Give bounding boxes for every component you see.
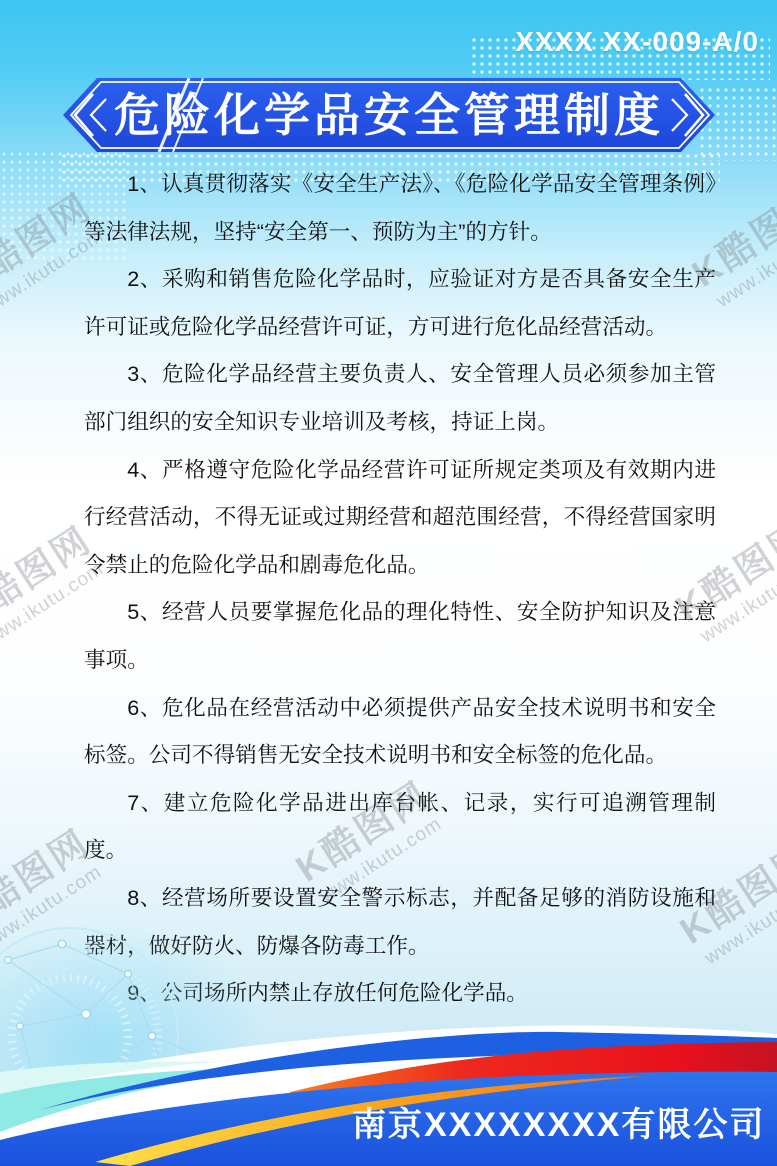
title-banner: 危险化学品安全管理制度 (63, 78, 715, 152)
rule-item-4: 4、严格遵守危险化学品经营许可证所规定类项及有效期内进行经营活动，不得无证或过期… (84, 446, 716, 589)
poster: XXXX XX-009-A/0 危险化学品安全管理制度 K酷图网 www.iku… (0, 0, 777, 1166)
company-name: 南京XXXXXXXX有限公司 (352, 1097, 765, 1146)
rule-item-2: 2、采购和销售危险化学品时，应验证对方是否具备安全生产许可证或危险化学品经营许可… (84, 255, 716, 350)
rule-item-5: 5、经营人员要掌握危化品的理化特性、安全防护知识及注意事项。 (84, 588, 716, 683)
page-title: 危险化学品安全管理制度 (103, 78, 675, 152)
rule-item-3: 3、危险化学品经营主要负责人、安全管理人员必须参加主管部门组织的安全知识专业培训… (84, 350, 716, 445)
rule-item-1: 1、认真贯彻落实《安全生产法》、《危险化学品安全管理条例》等法律法规，坚持“安全… (84, 160, 716, 255)
rules-list: 1、认真贯彻落实《安全生产法》、《危险化学品安全管理条例》等法律法规，坚持“安全… (84, 160, 716, 1017)
rule-item-6: 6、危化品在经营活动中必须提供产品安全技术说明书和安全标签。公司不得销售无安全技… (84, 684, 716, 779)
doc-code: XXXX XX-009-A/0 (515, 26, 759, 58)
rule-item-7: 7、建立危险化学品进出库台帐、记录，实行可追溯管理制度。 (84, 779, 716, 874)
